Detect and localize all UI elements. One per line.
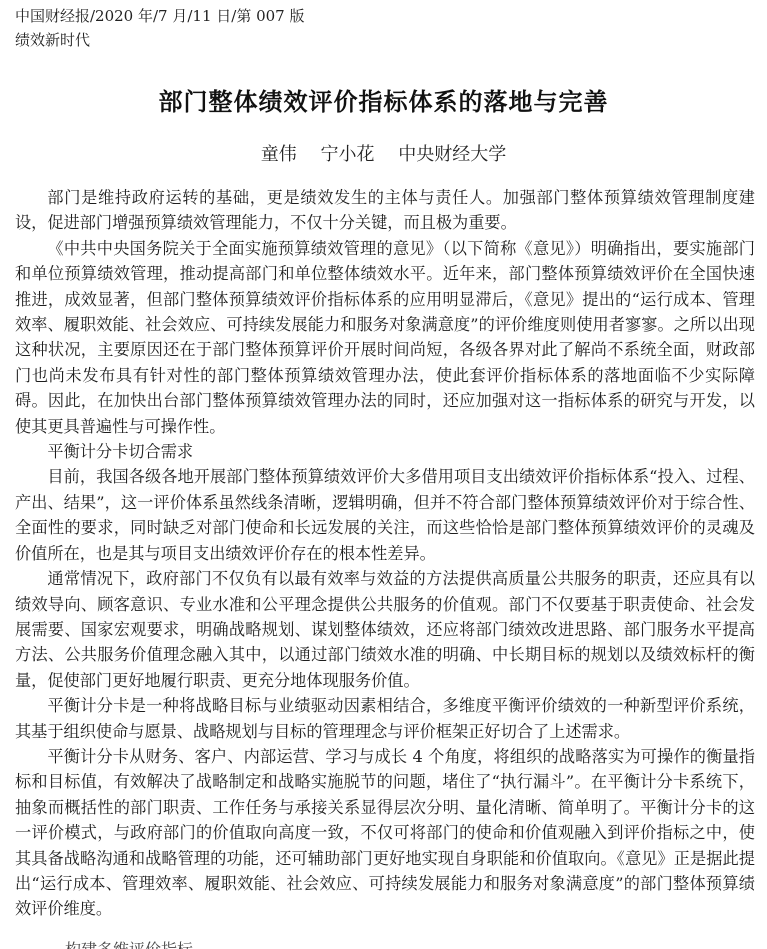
byline: 童伟 宁小花 中央财经大学	[0, 140, 767, 166]
article-title: 部门整体绩效评价指标体系的落地与完善	[0, 82, 767, 117]
document-page: 中国财经报/2020 年/7 月/11 日/第 007 版 绩效新时代 部门整体…	[0, 0, 767, 949]
author-2: 宁小花	[321, 144, 375, 165]
paragraph: 部门是维持政府运转的基础，更是绩效发生的主体与责任人。加强部门整体预算绩效管理制…	[15, 185, 755, 236]
paragraph: 目前，我国各级各地开展部门整体预算绩效评价大多借用项目支出绩效评价指标体系“投入…	[15, 464, 755, 566]
article-body: 部门是维持政府运转的基础，更是绩效发生的主体与责任人。加强部门整体预算绩效管理制…	[15, 185, 755, 922]
cutoff-heading: 构建多维评价指标	[65, 940, 193, 949]
affiliation: 中央财经大学	[398, 144, 506, 165]
paragraph: 《中共中央国务院关于全面实施预算绩效管理的意见》（以下简称《意见》）明确指出，要…	[15, 236, 755, 439]
author-1: 童伟	[261, 144, 297, 165]
source-line: 中国财经报/2020 年/7 月/11 日/第 007 版	[15, 4, 305, 28]
publication-meta: 中国财经报/2020 年/7 月/11 日/第 007 版 绩效新时代	[15, 4, 305, 52]
paragraph: 通常情况下，政府部门不仅负有以最有效率与效益的方法提供高质量公共服务的职责，还应…	[15, 566, 755, 693]
paragraph: 平衡计分卡是一种将战略目标与业绩驱动因素相结合，多维度平衡评价绩效的一种新型评价…	[15, 693, 755, 744]
column-name: 绩效新时代	[15, 28, 305, 52]
section-heading: 平衡计分卡切合需求	[15, 439, 755, 464]
paragraph: 平衡计分卡从财务、客户、内部运营、学习与成长 4 个角度，将组织的战略落实为可操…	[15, 744, 755, 922]
